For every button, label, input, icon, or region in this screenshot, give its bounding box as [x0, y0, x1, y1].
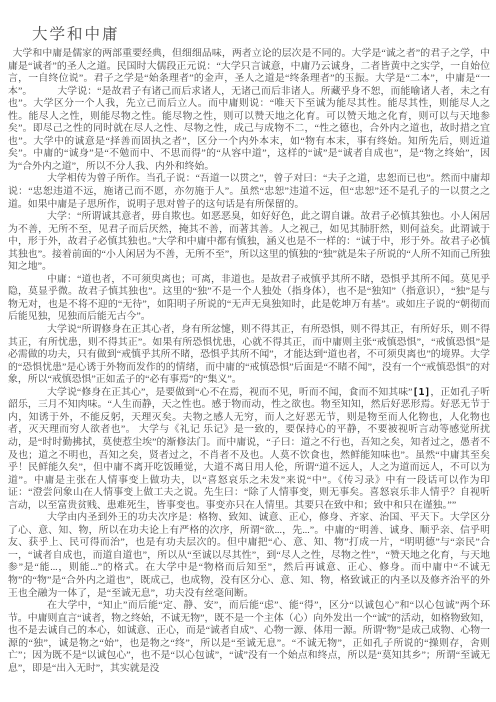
- paragraph: 大学相传为曾子所作。当孔子说：“吾道一以贯之”，曾子对曰：“夫子之道，忠恕而已也…: [8, 173, 490, 211]
- paragraph: 中庸：“道也者，不可须臾离也；可离，非道也。是故君子戒慎乎其所不睹，恐惧乎其所不…: [8, 274, 490, 324]
- paragraph: 在大学中，“知止”而后能“定、静、安”，而后能“虑”、能“得”，区分“以诚包心”…: [8, 600, 490, 675]
- paragraph: 大学说“修身在正其心”，是要做到“心不在焉，视而不见，听而不闻，食而不知其味”[…: [8, 387, 490, 512]
- paragraph-text: 大学由内圣到外王的功夫次序是：格物、致知、诚意、正心，修身、齐家、治国、平天下。…: [8, 512, 490, 598]
- paragraph-text: 大学说“所谓修身在正其心者，身有所忿懥，则不得其正，有所恐惧，则不得其正，有所好…: [8, 324, 490, 385]
- document-page: 大学和中庸 大学和中庸是儒家的两部重要经典，但细细品味，两者立论的层次是不同的。…: [0, 0, 496, 702]
- paragraph: 大学：“所谓诚其意者，毋自欺也。如恶恶臭，如好好色，此之谓自谦。故君子必慎其独也…: [8, 211, 490, 274]
- paragraph-text: 在大学中，“知止”而后能“定、静、安”，而后能“虑”、能“得”，区分“以诚包心”…: [8, 600, 490, 674]
- paragraph-text: 大学和中庸是儒家的两部重要经典，但细细品味，两者立论的层次是不同的。大学是“诚之…: [8, 48, 490, 172]
- paragraph: 大学说“所谓修身在正其心者，身有所忿懥，则不得其正，有所恐惧，则不得其正，有所好…: [8, 324, 490, 387]
- paragraph-text: 大学说“修身在正其心”，是要做到“心不在焉，视而不见，听而不闻，食而不知其味”: [47, 387, 412, 398]
- page-title: 大学和中庸: [32, 25, 490, 44]
- article-body: 大学和中庸是儒家的两部重要经典，但细细品味，两者立论的层次是不同的。大学是“诚之…: [8, 48, 490, 675]
- paragraph: 大学由内圣到外王的功夫次序是：格物、致知、诚意、正心，修身、齐家、治国、平天下。…: [8, 512, 490, 600]
- paragraph-text: 中庸：“道也者，不可须臾离也；可离，非道也。是故君子戒慎乎其所不睹，恐惧乎其所不…: [8, 274, 490, 323]
- paragraph-text: 大学：“所谓诚其意者，毋自欺也。如恶恶臭，如好好色，此之谓自谦。故君子必慎其独也…: [8, 211, 490, 272]
- footnote-ref: [1]: [413, 387, 431, 398]
- paragraph-text: ，正如孔子听韶乐，三月不知肉味。“人生而静，天之性也。感于物而动，性之欲也。物至…: [8, 387, 490, 511]
- paragraph: 大学和中庸是儒家的两部重要经典，但细细品味，两者立论的层次是不同的。大学是“诚之…: [8, 48, 490, 173]
- paragraph-text: 大学相传为曾子所作。当孔子说：“吾道一以贯之”，曾子对曰：“夫子之道，忠恕而已也…: [8, 173, 490, 209]
